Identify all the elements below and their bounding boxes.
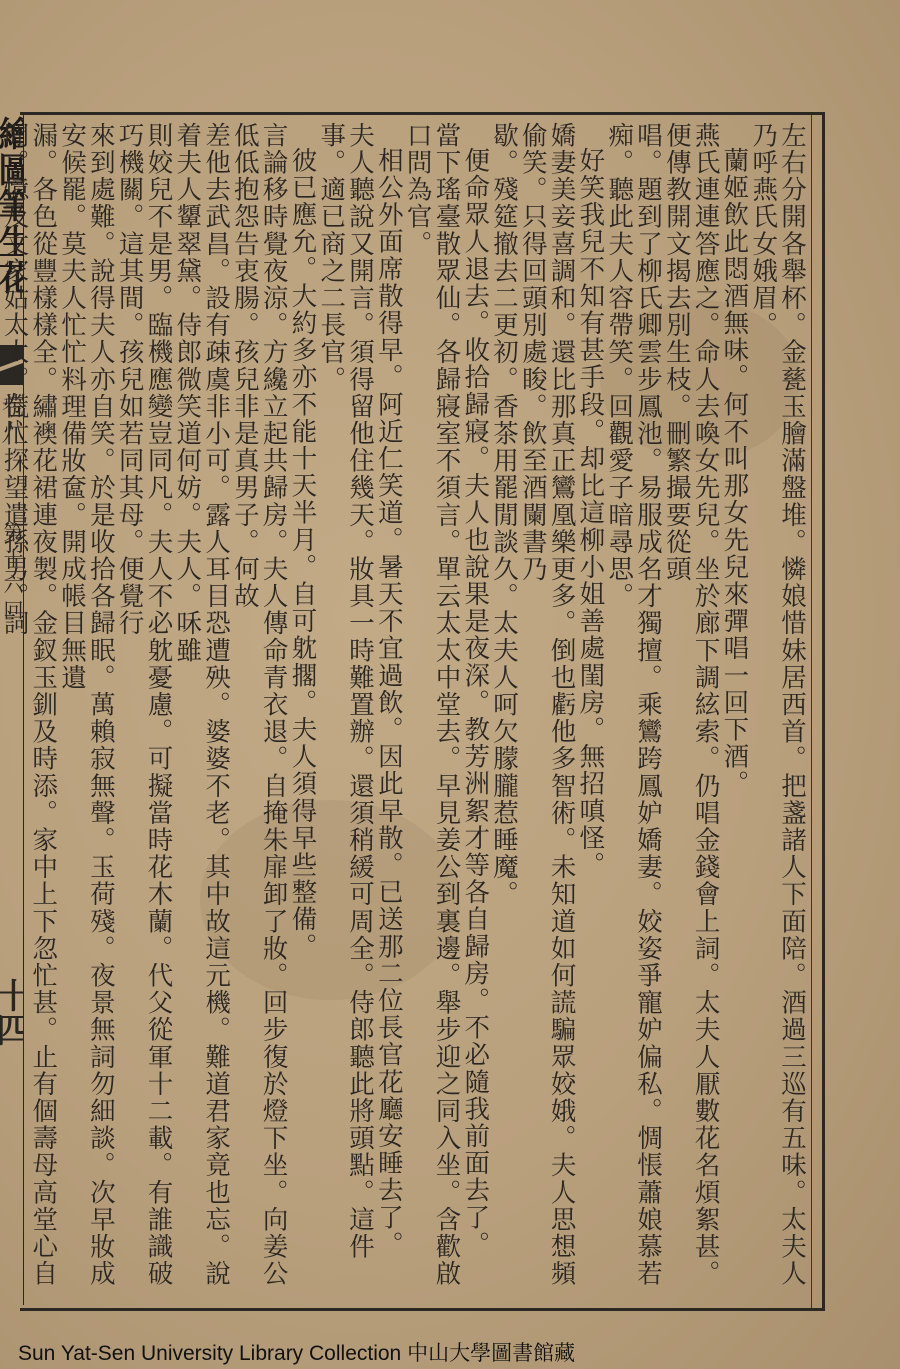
main-text-block: 左右分開各舉杯。金甆玉膾滿盤堆。憐娘惜妹居西首。把盞諸人下面陪。酒過三巡有五味。… <box>30 122 806 1297</box>
text-column: 唱。題到了柳氏卿雲步鳳池。易服成名才獨擅。乘鸞跨鳳妒嬌妻。姣姿爭寵妒偏私。惆悵蕭… <box>604 122 662 1297</box>
text-column: 左右分開各舉杯。金甆玉膾滿盤堆。憐娘惜妹居西首。把盞諸人下面陪。酒過三巡有五味。… <box>748 122 806 1297</box>
text-column: 嬌妻美妾喜調和。還比那真正鸞凰樂更多。倒也虧他多智術。未知道如何謊騙眾姣娥。夫人… <box>518 122 576 1297</box>
text-column: 好笑我兒不知有甚手段。却比這柳小姐善處閨房。無招嗔怪。 <box>576 122 605 1297</box>
text-column: 漏。各色從豐樣樣全。繡襖花裙連夜製。金釵玉釧及時添。家中上下忽忙甚。止有個壽母高… <box>0 122 57 1297</box>
text-column: 相公外面席散得早。阿近仁笑道。暑天不宜過飲。因此早散。已送那二位長官花廳安睡去了… <box>374 122 403 1297</box>
text-column: 差他去武昌。設有疎虞非小可。露人耳目恐遭殃。婆婆不老。其中故這元機。難道君家竟也… <box>172 122 230 1297</box>
text-column: 彼已應允。大約多亦不能十天半月。自可躭擱。夫人須得早些整備。 <box>288 122 317 1297</box>
text-column: 當下瑤臺散眾仙。各歸寢室不須言。單云太太中堂去。早見姜公到裏邊。舉步迎之同入坐。… <box>403 122 461 1297</box>
text-column: 言論移時覺夜涼。方纔立起共歸房。夫人傳命青衣退。自掩朱扉卸了妝。回步復於燈下坐。… <box>230 122 288 1297</box>
scanned-book-page: 繪圖筆生花 卷八 第十六回 十四 左右分開各舉杯。金甆玉膾滿盤堆。憐娘惜妹居西首… <box>0 0 900 1369</box>
text-column: 來到處難。說得夫人亦自笑。於是收拾各歸眠。萬賴寂無聲。玉荷殘。夜景無詞勿細談。次… <box>57 122 115 1297</box>
text-column: 蘭姬飲此悶酒無味。何不叫那女先兒來彈唱一回下酒。 <box>720 122 749 1297</box>
text-column: 則姣兒不是男。臨機應變豈同凡。夫人不必躭憂慮。可擬當時花木蘭。代父從軍十二載。有… <box>115 122 173 1297</box>
text-column: 夫人聽說又開言。須得留他住幾天。妝具一時難置辦。還須稍緩可周全。侍郎聽此將頭點。… <box>316 122 374 1297</box>
text-column: 便命眾人退去。收拾歸寢。夫人也說果是夜深。教芳洲絮才等各自歸房。不必隨我前面去了… <box>460 122 489 1297</box>
text-column: 歇。殘筵撤去二更初。香茶用罷閒談久。太夫人呵欠朦朧惹睡魔。 <box>489 122 518 1297</box>
library-caption: Sun Yat-Sen University Library Collectio… <box>18 1337 575 1367</box>
frame-inner-rule <box>811 115 812 1308</box>
text-column: 燕氏連連答應之。命人去喚女先兒。坐於廊下調絃索。仍唱金錢會上詞。太夫人厭數花名煩… <box>662 122 720 1297</box>
